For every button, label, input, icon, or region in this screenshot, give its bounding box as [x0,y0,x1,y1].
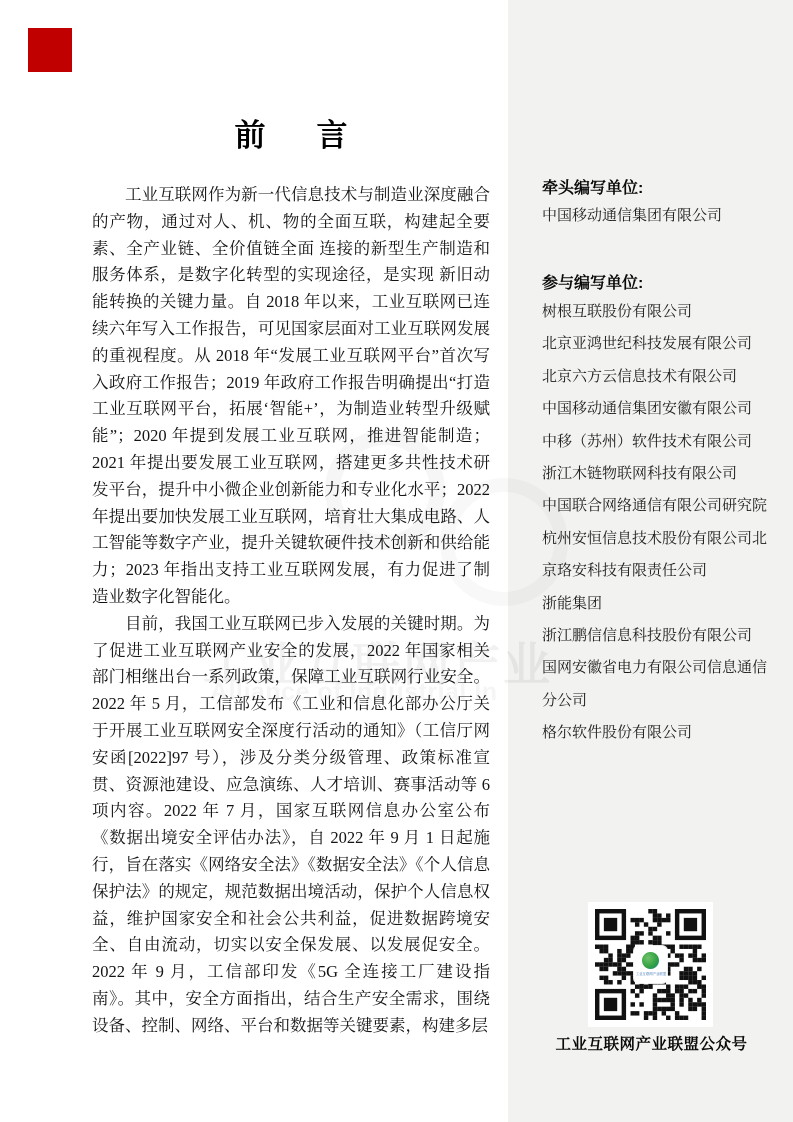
participants-heading: 参与编写单位: [542,270,782,293]
list-item: 国网安徽省电力有限公司信息通信分公司 [542,652,773,717]
qr-code: 工业互联网产业联盟 [588,902,713,1027]
list-item: 树根互联股份有限公司 [542,296,773,328]
list-item: 格尔软件股份有限公司 [542,717,773,749]
body-paragraph-2: 目前，我国工业互联网已步入发展的关键时期。为了促进工业互联网产业安全的发展，20… [92,611,490,1040]
body-text: 工业互联网作为新一代信息技术与制造业深度融合的产物，通过对人、机、物的全面互联，… [92,182,490,1040]
list-item: 北京亚鸿世纪科技发展有限公司 [542,328,773,360]
participants-list: 树根互联股份有限公司北京亚鸿世纪科技发展有限公司北京六方云信息技术有限公司中国移… [542,296,773,750]
qr-finder-bottom-left [595,989,626,1020]
body-paragraph-1: 工业互联网作为新一代信息技术与制造业深度融合的产物，通过对人、机、物的全面互联，… [92,182,490,611]
red-corner-marker [28,28,72,72]
list-item: 中国移动通信集团安徽有限公司 [542,393,773,425]
aii-logo-text: 工业互联网产业联盟 [635,971,666,976]
list-item: 浙江木链物联网科技有限公司 [542,458,773,490]
list-item: 北京六方云信息技术有限公司 [542,361,773,393]
qr-finder-top-left [595,909,626,940]
lead-org: 中国移动通信集团有限公司 [542,204,773,225]
list-item: 中移（苏州）软件技术有限公司 [542,426,773,458]
qr-finder-top-right [675,909,706,940]
page-title: 前 言 [92,110,490,155]
qr-caption: 工业互联网产业联盟公众号 [508,1032,793,1054]
qr-center-logo: 工业互联网产业联盟 [634,946,667,983]
list-item: 浙江鹏信信息科技股份有限公司 [542,620,773,652]
list-item: 浙能集团 [542,588,773,620]
list-item: 杭州安恒信息技术股份有限公司北京珞安科技有限责任公司 [542,523,773,588]
document-page: 工业互联网产业 Alliance of Industrial In 前 言 工业… [0,0,793,1122]
list-item: 中国联合网络通信有限公司研究院 [542,490,773,522]
lead-org-heading: 牵头编写单位: [542,175,782,198]
aii-logo-icon [642,952,659,969]
